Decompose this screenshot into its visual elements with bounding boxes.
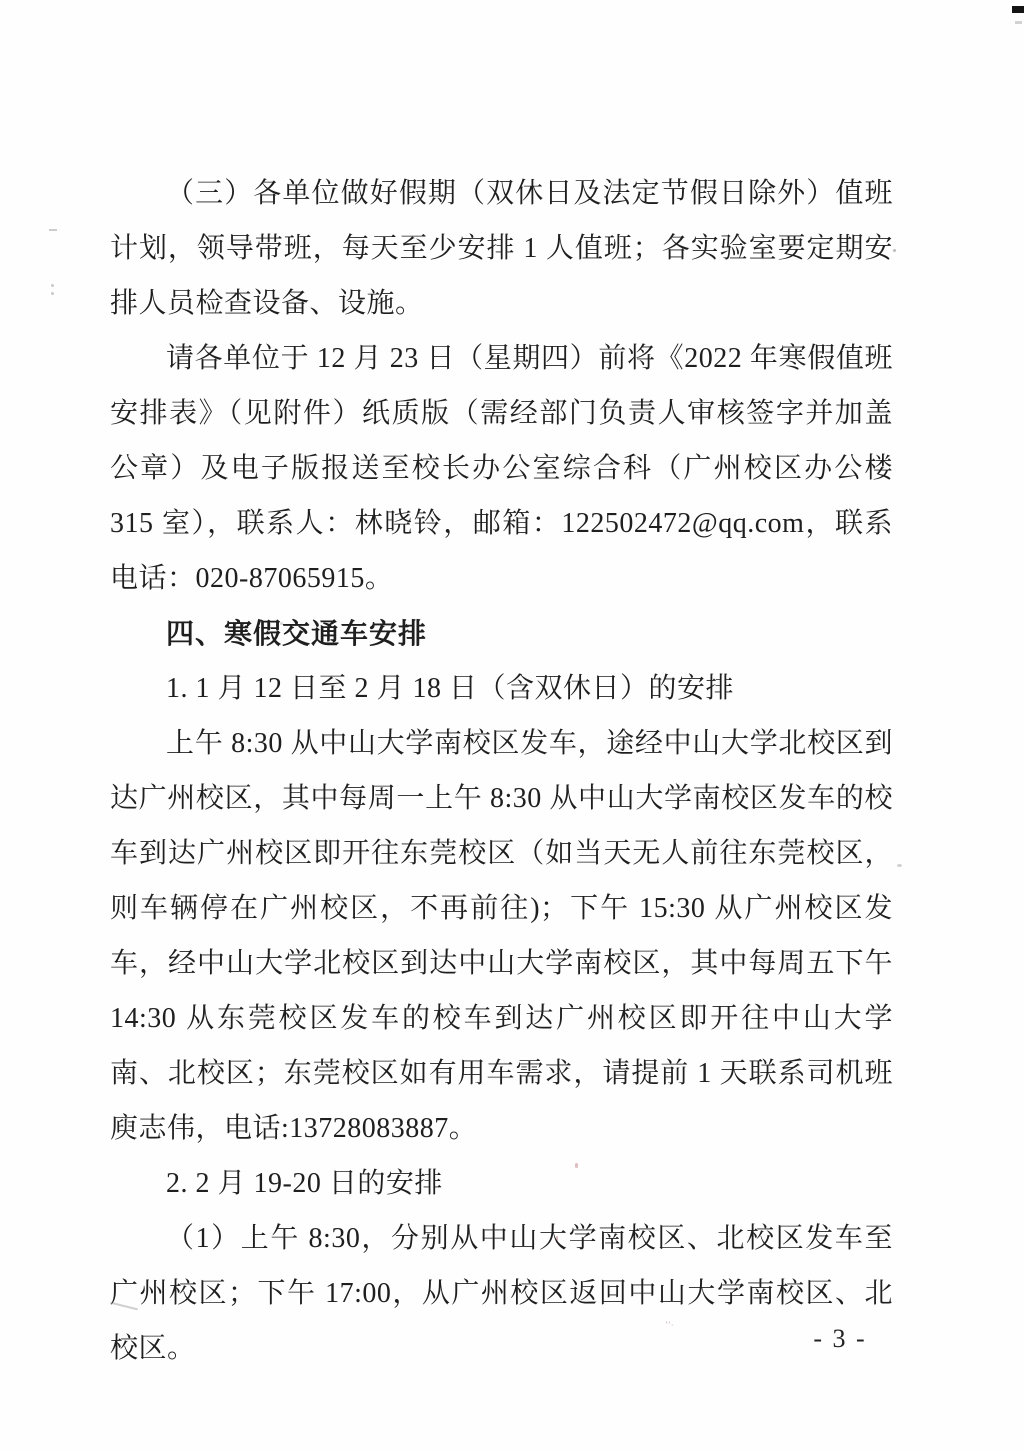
- scan-artifact-corner-bar: [1012, 6, 1024, 13]
- scanned-document-page: ’’· （三）各单位做好假期（双休日及法定节假日除外）值班计划，领导带班，每天至…: [0, 0, 1024, 1451]
- scan-artifact-dot: [893, 249, 896, 252]
- paragraph-duty-plan: （三）各单位做好假期（双休日及法定节假日除外）值班计划，领导带班，每天至少安排 …: [110, 166, 893, 331]
- scan-artifact-margin-dots: [51, 284, 54, 287]
- paragraph-submission-deadline: 请各单位于 12 月 23 日（星期四）前将《2022 年寒假值班安排表》（见附…: [110, 331, 893, 606]
- scan-artifact-corner-dash: [1015, 21, 1022, 24]
- scan-artifact-dot: [897, 864, 902, 867]
- page-number: - 3 -: [795, 1324, 885, 1354]
- document-body: （三）各单位做好假期（双休日及法定节假日除外）值班计划，领导带班，每天至少安排 …: [110, 166, 893, 1376]
- paragraph-feb19-20-detail: （1）上午 8:30，分别从中山大学南校区、北校区发车至广州校区；下午 17:0…: [110, 1211, 893, 1376]
- scan-artifact-margin-dash: [49, 229, 57, 231]
- paragraph-bus-schedule-detail: 上午 8:30 从中山大学南校区发车，途经中山大学北校区到达广州校区，其中每周一…: [110, 716, 893, 1156]
- item-schedule-feb19-20: 2. 2 月 19-20 日的安排: [110, 1156, 893, 1211]
- item-schedule-jan12-feb18: 1. 1 月 12 日至 2 月 18 日（含双休日）的安排: [110, 661, 893, 716]
- section-heading-holiday-transport: 四、寒假交通车安排: [110, 606, 893, 661]
